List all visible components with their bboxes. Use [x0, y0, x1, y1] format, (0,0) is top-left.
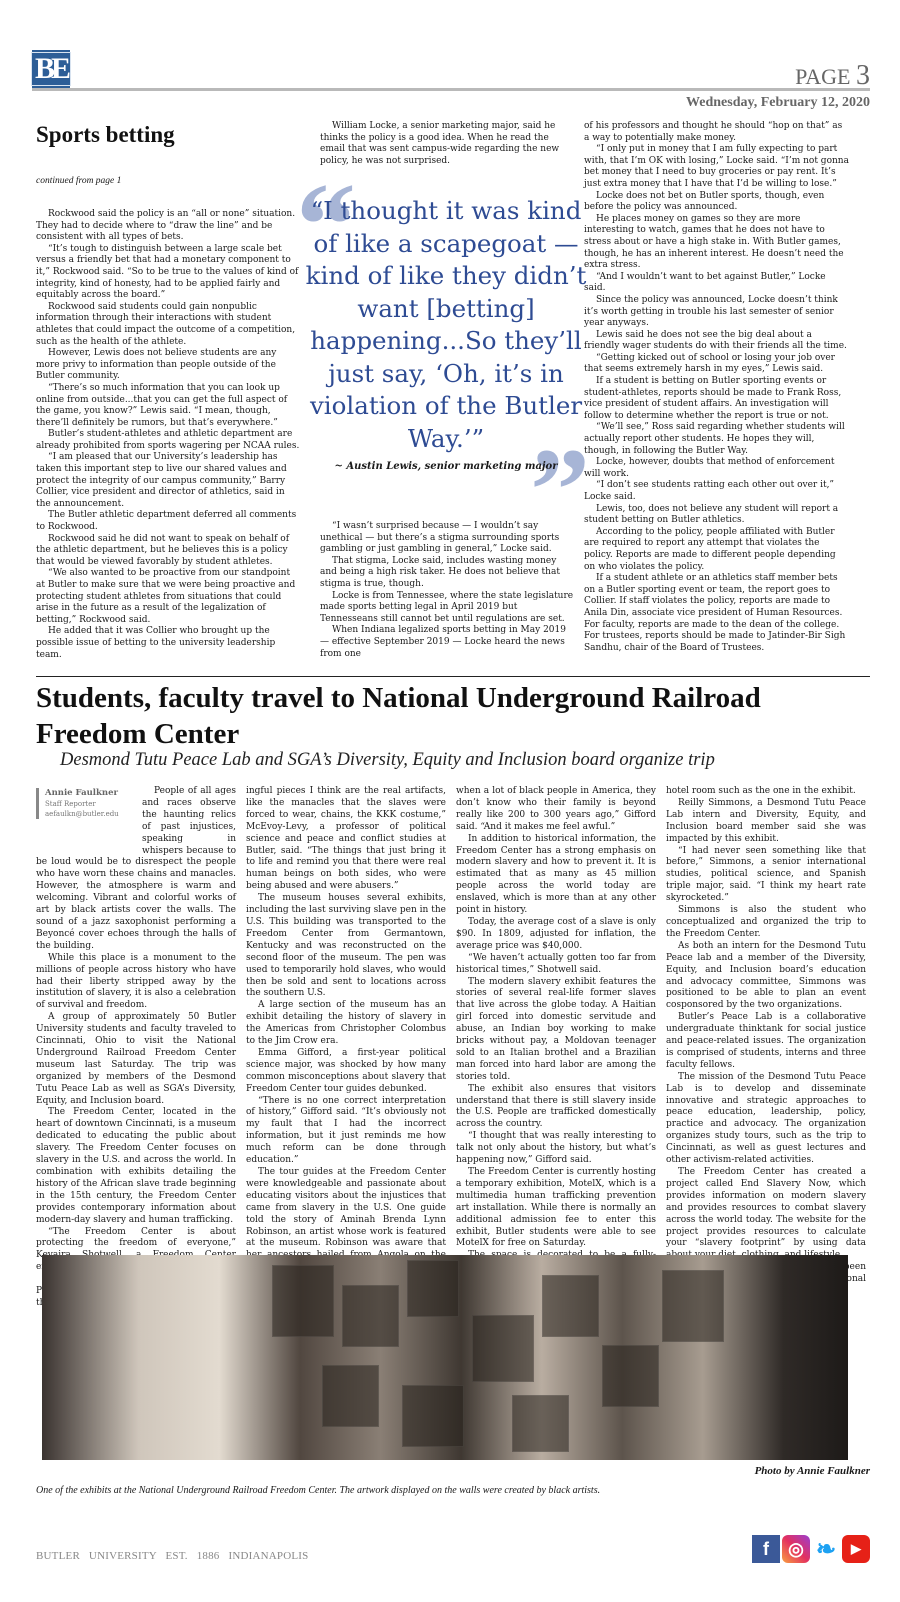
paragraph: “I wasn’t surprised because — I wouldn’t… [320, 521, 575, 556]
paragraph: “I am pleased that our University’s lead… [36, 452, 300, 510]
paragraph: If a student athlete or an athletics sta… [584, 573, 849, 654]
paragraph: of his professors and thought he should … [584, 121, 849, 144]
portrait-tile [472, 1315, 534, 1382]
paragraph: “Getting kicked out of school or losing … [584, 353, 849, 376]
paragraph: Locke does not bet on Butler sports, tho… [584, 191, 849, 214]
sports-column-1: Rockwood said the policy is an “all or n… [36, 209, 300, 661]
paragraph: The Butler athletic department deferred … [36, 510, 300, 533]
freedom-column-3: when a lot of black people in America, t… [456, 786, 656, 1334]
section-divider [36, 676, 870, 677]
portrait-tile [512, 1395, 569, 1452]
paragraph: Lewis, too, does not believe any student… [584, 504, 849, 527]
paragraph: Rockwood said the policy is an “all or n… [36, 209, 300, 244]
portrait-tile [662, 1270, 724, 1342]
paragraph: As both an intern for the Desmond Tutu P… [666, 941, 866, 1012]
paragraph: The modern slavery exhibit features the … [456, 977, 656, 1084]
paragraph: “I only put in money that I am fully exp… [584, 144, 849, 190]
portrait-tile [407, 1260, 459, 1317]
facebook-icon[interactable]: f [752, 1535, 780, 1563]
portrait-tile [322, 1365, 379, 1427]
paragraph: Since the policy was announced, Locke do… [584, 295, 849, 330]
paragraph: ingful pieces I think are the real artif… [246, 786, 446, 893]
paragraph: “We haven’t actually gotten too far from… [456, 953, 656, 977]
freedom-column-1: Annie Faulkner Staff Reporter aefaulkn@b… [36, 786, 236, 1322]
paragraph: A group of approximately 50 Butler Unive… [36, 1012, 236, 1107]
paragraph: “It’s tough to distinguish between a lar… [36, 244, 300, 302]
youtube-icon[interactable]: ▶ [842, 1535, 870, 1563]
paragraph: If a student is betting on Butler sporti… [584, 376, 849, 422]
continued-note: continued from page 1 [36, 176, 121, 186]
photo-credit: Photo by Annie Faulkner [755, 1465, 870, 1477]
paragraph: hotel room such as the one in the exhibi… [666, 786, 866, 798]
paragraph: Rockwood said students could gain nonpub… [36, 302, 300, 348]
twitter-icon[interactable]: ❧ [812, 1535, 840, 1563]
paragraph: “There’s so much information that you ca… [36, 383, 300, 429]
paragraph: Simmons is also the student who conceptu… [666, 905, 866, 941]
exhibit-photo [42, 1255, 848, 1460]
paragraph: According to the policy, people affiliat… [584, 527, 849, 573]
footer-text: BUTLER UNIVERSITY EST. 1886 INDIANAPOLIS [36, 1550, 308, 1562]
portrait-tile [272, 1265, 334, 1337]
byline-role: Staff Reporter [45, 799, 136, 809]
paragraph: When Indiana legalized sports betting in… [320, 625, 575, 660]
paragraph: “And I wouldn’t want to bet against Butl… [584, 272, 849, 295]
paragraph: “We also wanted to be proactive from our… [36, 568, 300, 626]
paragraph: He places money on games so they are mor… [584, 214, 849, 272]
portrait-tile [542, 1275, 599, 1337]
paragraph: However, Lewis does not believe students… [36, 348, 300, 383]
butler-collegian-logo: BE [32, 50, 70, 88]
sports-betting-title: Sports betting [36, 122, 175, 148]
pull-quote-attribution: ~ Austin Lewis, senior marketing major [302, 461, 590, 472]
paragraph: Butler’s student-athletes and athletic d… [36, 429, 300, 452]
paragraph: That stigma, Locke said, includes wastin… [320, 556, 575, 591]
paragraph: While this place is a monument to the mi… [36, 953, 236, 1013]
paragraph: Locke is from Tennessee, where the state… [320, 591, 575, 626]
freedom-center-headline: Students, faculty travel to National Und… [36, 680, 876, 752]
sports-column-2-bottom: “I wasn’t surprised because — I wouldn’t… [320, 521, 575, 660]
paragraph: Lewis said he does not see the big deal … [584, 330, 849, 353]
freedom-column-4: hotel room such as the one in the exhibi… [666, 786, 866, 1298]
instagram-icon[interactable]: ◎ [782, 1535, 810, 1563]
photo-caption: One of the exhibits at the National Unde… [36, 1485, 600, 1496]
paragraph: Emma Gifford, a first-year political sci… [246, 1048, 446, 1096]
byline: Annie Faulkner Staff Reporter aefaulkn@b… [36, 788, 136, 819]
paragraph: Locke, however, doubts that method of en… [584, 457, 849, 480]
byline-box: Annie Faulkner Staff Reporter aefaulkn@b… [36, 786, 136, 846]
paragraph: William Locke, a senior marketing major,… [320, 121, 575, 167]
paragraph: The museum houses several exhibits, incl… [246, 893, 446, 1000]
paragraph: Today, the average cost of a slave is on… [456, 917, 656, 953]
paragraph: The Freedom Center is currently hosting … [456, 1167, 656, 1250]
byline-email[interactable]: aefaulkn@butler.edu [45, 809, 136, 819]
sports-column-3: of his professors and thought he should … [584, 121, 849, 654]
freedom-column-2: ingful pieces I think are the real artif… [246, 786, 446, 1322]
paragraph: The exhibit also ensures that visitors u… [456, 1084, 656, 1132]
header-rule [32, 88, 870, 91]
portrait-tile [342, 1285, 399, 1347]
paragraph: A large section of the museum has an exh… [246, 1000, 446, 1048]
pull-quote-text: “I thought it was kind of like a scapego… [302, 195, 590, 455]
paragraph: The Freedom Center has created a project… [666, 1167, 866, 1262]
pull-quote: “I thought it was kind of like a scapego… [302, 195, 590, 472]
portrait-tile [602, 1345, 659, 1407]
paragraph: “I had never seen something like that be… [666, 846, 866, 906]
freedom-center-deck: Desmond Tutu Peace Lab and SGA’s Diversi… [60, 750, 715, 771]
sports-column-2-top: William Locke, a senior marketing major,… [320, 121, 575, 167]
social-links: f ◎ ❧ ▶ [752, 1535, 870, 1563]
paragraph: Reilly Simmons, a Desmond Tutu Peace Lab… [666, 798, 866, 846]
paragraph: “We’ll see,” Ross said regarding whether… [584, 422, 849, 457]
paragraph: He added that it was Collier who brought… [36, 626, 300, 661]
portrait-tile [402, 1385, 464, 1447]
paragraph: “I don’t see students ratting each other… [584, 480, 849, 503]
paragraph: “There is no one correct interpretation … [246, 1096, 446, 1167]
paragraph: The Freedom Center, located in the heart… [36, 1107, 236, 1226]
paragraph: Rockwood said he did not want to speak o… [36, 534, 300, 569]
byline-name: Annie Faulkner [45, 788, 136, 799]
paragraph: when a lot of black people in America, t… [456, 786, 656, 834]
paragraph: The mission of the Desmond Tutu Peace La… [666, 1072, 866, 1167]
issue-date: Wednesday, February 12, 2020 [686, 95, 870, 111]
paragraph: “I thought that was really interesting t… [456, 1131, 656, 1167]
paragraph: Butler’s Peace Lab is a collaborative un… [666, 1012, 866, 1072]
paragraph: In addition to historical information, t… [456, 834, 656, 917]
